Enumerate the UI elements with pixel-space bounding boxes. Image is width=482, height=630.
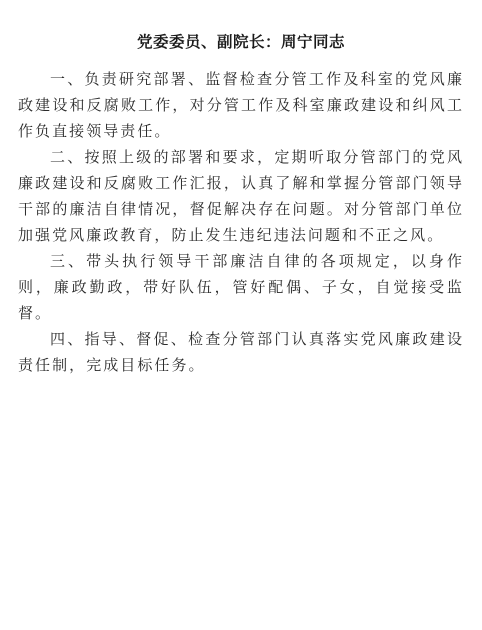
document-title: 党委委员、副院长：周宁同志 [0, 30, 482, 52]
paragraph-4: 四、指导、督促、检查分管部门认真落实党风廉政建设责任制，完成目标任务。 [18, 326, 464, 378]
paragraph-3: 三、带头执行领导干部廉洁自律的各项规定，以身作则，廉政勤政，带好队伍，管好配偶、… [18, 248, 464, 326]
document-body: 一、负责研究部署、监督检查分管工作及科室的党风廉政建设和反腐败工作，对分管工作及… [18, 66, 464, 378]
paragraph-1: 一、负责研究部署、监督检查分管工作及科室的党风廉政建设和反腐败工作，对分管工作及… [18, 66, 464, 144]
paragraph-2: 二、按照上级的部署和要求，定期听取分管部门的党风廉政建设和反腐败工作汇报，认真了… [18, 144, 464, 248]
